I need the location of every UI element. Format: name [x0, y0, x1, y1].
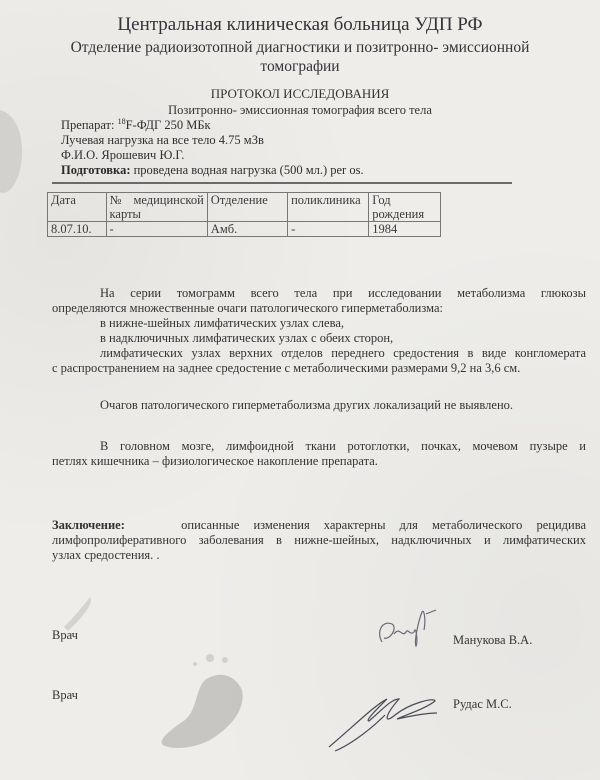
preparation-value: проведена водная нагрузка (500 мл.) per … — [130, 163, 363, 177]
signature-role-2: Врач — [52, 688, 78, 703]
findings-intro-line-2: определяются множественные очаги патолог… — [52, 301, 586, 316]
signature-role-1: Врач — [52, 628, 78, 643]
physiological-uptake-paragraph: В головном мозге, лимфоидной ткани ротог… — [52, 439, 586, 469]
drug-value: F-ФДГ 250 МБк — [126, 118, 211, 132]
header-cell: поликлиника — [288, 193, 369, 222]
preparation-line: Подготовка: проведена водная нагрузка (5… — [61, 163, 364, 178]
physiological-line-2: петлях кишечника – физиологическое накоп… — [52, 454, 586, 469]
protocol-title: ПРОТОКОЛ ИССЛЕДОВАНИЯ — [0, 86, 600, 102]
header-cell: Год рождения — [369, 193, 441, 222]
header-cell: № медицинской карты — [106, 193, 207, 222]
cell-record-number: - — [106, 222, 207, 237]
signature-1-scribble — [372, 602, 442, 650]
finding-item-3-line-1: лимфатических узлах верхних отделов пере… — [52, 346, 586, 361]
department-line-2: томографии — [0, 57, 600, 76]
cell-clinic: - — [288, 222, 369, 237]
no-other-findings: Очагов патологического гиперметаболизма … — [52, 398, 586, 413]
signature-name-1: Манукова В.А. — [453, 633, 532, 648]
cell-birth-year: 1984 — [369, 222, 441, 237]
physiological-line-1: В головном мозге, лимфоидной ткани ротог… — [52, 439, 586, 454]
header-divider — [52, 182, 512, 184]
conclusion-paragraph: Заключение: описанные изменения характер… — [52, 518, 586, 563]
finding-item-2: в надключичных лимфатических узлах с обе… — [52, 331, 586, 346]
bottom-ink-stain — [150, 650, 270, 760]
conclusion-text-1: описанные изменения характерны для метаб… — [181, 518, 586, 532]
signature-name-2: Рудас М.С. — [453, 697, 512, 712]
institution-title: Центральная клиническая больница УДП РФ — [0, 14, 600, 36]
department-line-1: Отделение радиоизотопной диагностики и п… — [0, 38, 600, 57]
patient-name: Ф.И.О. Ярошевич Ю.Г. — [61, 148, 184, 163]
header-cell: Отделение — [207, 193, 287, 222]
preparation-label: Подготовка: — [61, 163, 130, 177]
conclusion-label: Заключение: — [52, 518, 125, 532]
isotope-mass: 18 — [118, 117, 126, 126]
signature-2-scribble — [325, 685, 450, 755]
study-type: Позитронно- эмиссионная томография всего… — [0, 103, 600, 118]
drug-label: Препарат: — [61, 118, 118, 132]
findings-intro-line-1: На серии томограмм всего тела при исслед… — [52, 286, 586, 301]
no-other-text: Очагов патологического гиперметаболизма … — [52, 398, 586, 413]
finding-item-1: в нижне-шейных лимфатических узлах слева… — [52, 316, 586, 331]
conclusion-line-1: Заключение: описанные изменения характер… — [52, 518, 586, 533]
table-row: 8.07.10. - Амб. - 1984 — [48, 222, 441, 237]
conclusion-line-3: узлах средостения. . — [52, 548, 586, 563]
patient-info-table: Дата № медицинской карты Отделение полик… — [47, 192, 441, 237]
radiation-dose: Лучевая нагрузка на все тело 4.75 мЗв — [61, 133, 264, 148]
table-header-row: Дата № медицинской карты Отделение полик… — [48, 193, 441, 222]
findings-paragraph: На серии томограмм всего тела при исслед… — [52, 286, 586, 376]
conclusion-line-2: лимфопролиферативного заболевания в нижн… — [52, 533, 586, 548]
finding-item-3-line-2: с распространением на заднее средостение… — [52, 361, 586, 376]
cell-department: Амб. — [207, 222, 287, 237]
cell-date: 8.07.10. — [48, 222, 107, 237]
header-cell: Дата — [48, 193, 107, 222]
scanned-document: Центральная клиническая больница УДП РФ … — [0, 0, 600, 780]
drug-line: Препарат: 18F-ФДГ 250 МБк — [61, 117, 211, 133]
